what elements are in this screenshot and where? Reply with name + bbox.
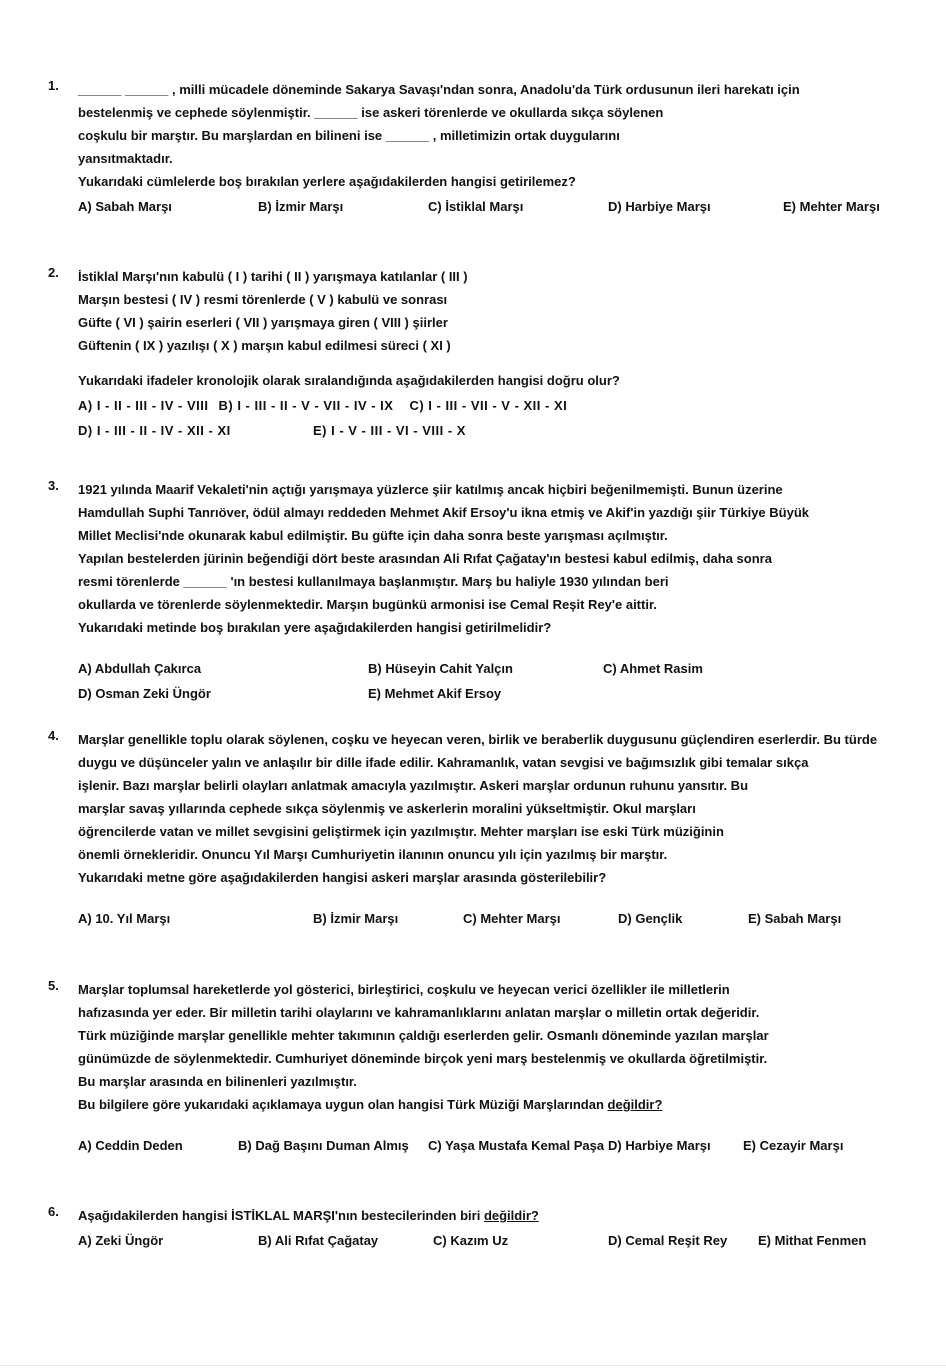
question-number: 3. [48,478,72,493]
option-c[interactable]: C) Kazım Uz [433,1229,608,1252]
option-c[interactable]: C) I - III - VII - V - XII - XI [409,394,567,417]
question-number: 2. [48,265,72,280]
question-stem: Yukarıdaki metne göre aşağıdakilerden ha… [78,866,918,889]
question-text-line: marşlar savaş yıllarında cephede sıkça s… [78,797,918,820]
option-a[interactable]: A) Zeki Üngör [78,1229,258,1252]
question-text-line: resmi törenlerde ______ 'ın bestesi kull… [78,570,918,593]
option-d[interactable]: D) Harbiye Marşı [608,195,783,218]
question-text-line: okullarda ve törenlerde söylenmektedir. … [78,593,918,616]
question-text-line: Güftenin ( IX ) yazılışı ( X ) marşın ka… [78,334,918,357]
option-b[interactable]: B) İzmir Marşı [258,195,428,218]
page-edge-divider [0,1365,946,1366]
question-text-line: Hamdullah Suphi Tanrıöver, ödül almayı r… [78,501,918,524]
question-4: 4. Marşlar genellikle toplu olarak söyle… [48,728,918,930]
question-stem: Yukarıdaki metinde boş bırakılan yere aş… [78,616,918,639]
question-text-line: Marşlar toplumsal hareketlerde yol göste… [78,978,918,1001]
question-stem-text: Aşağıdakilerden hangisi İSTİKLAL MARŞI'n… [78,1208,484,1223]
question-text-line: işlenir. Bazı marşlar belirli olayları a… [78,774,918,797]
question-text-line: ______ ______ , milli mücadele döneminde… [78,78,918,101]
options: A) 10. Yıl Marşı B) İzmir Marşı C) Mehte… [78,907,918,930]
question-text-line: günümüzde de söylenmektedir. Cumhuriyet … [78,1047,918,1070]
options: A) Ceddin Deden B) Dağ Başını Duman Almı… [78,1134,918,1157]
question-number: 1. [48,78,72,93]
question-text-line: Yapılan bestelerden jürinin beğendiği dö… [78,547,918,570]
question-stem: Bu bilgilere göre yukarıdaki açıklamaya … [78,1093,918,1116]
question-number: 6. [48,1204,72,1219]
question-text-line: Güfte ( VI ) şairin eserleri ( VII ) yar… [78,311,918,334]
option-a[interactable]: A) 10. Yıl Marşı [78,907,313,930]
option-b[interactable]: B) Dağ Başını Duman Almış [238,1134,428,1157]
options: D) I - III - II - IV - XII - XI E) I - V… [78,419,918,442]
question-stem-emphasis: değildir? [608,1097,663,1112]
option-e[interactable]: E) Sabah Marşı [748,907,841,930]
option-b[interactable]: B) Ali Rıfat Çağatay [258,1229,433,1252]
question-text-line: 1921 yılında Maarif Vekaleti'nin açtığı … [78,478,918,501]
question-text-line: hafızasında yer eder. Bir milletin tarih… [78,1001,918,1024]
question-5: 5. Marşlar toplumsal hareketlerde yol gö… [48,978,918,1157]
option-e[interactable]: E) I - V - III - VI - VIII - X [313,419,466,442]
question-text-line: bestelenmiş ve cephede söylenmiştir. ___… [78,101,918,124]
option-a[interactable]: A) Sabah Marşı [78,195,258,218]
question-1: 1. ______ ______ , milli mücadele dönemi… [48,78,918,218]
question-stem-text: Bu bilgilere göre yukarıdaki açıklamaya … [78,1097,608,1112]
question-stem: Aşağıdakilerden hangisi İSTİKLAL MARŞI'n… [78,1204,918,1227]
options: A) I - II - III - IV - VIII B) I - III -… [78,394,918,417]
question-2: 2. İstiklal Marşı'nın kabulü ( I ) tarih… [48,265,918,442]
question-6: 6. Aşağıdakilerden hangisi İSTİKLAL MARŞ… [48,1204,918,1252]
options: A) Zeki Üngör B) Ali Rıfat Çağatay C) Ka… [78,1229,918,1252]
question-text-line: Marşlar genellikle toplu olarak söylenen… [78,728,918,751]
question-text-line: İstiklal Marşı'nın kabulü ( I ) tarihi (… [78,265,918,288]
question-text-line: öğrencilerde vatan ve millet sevgisini g… [78,820,918,843]
option-d[interactable]: D) Cemal Reşit Rey [608,1229,758,1252]
question-text-line: yansıtmaktadır. [78,147,918,170]
options: D) Osman Zeki Üngör E) Mehmet Akif Ersoy [78,682,918,705]
option-c[interactable]: C) Mehter Marşı [463,907,618,930]
option-a[interactable]: A) Abdullah Çakırca [78,657,368,680]
option-d[interactable]: D) I - III - II - IV - XII - XI [78,419,313,442]
question-stem: Yukarıdaki cümlelerde boş bırakılan yerl… [78,170,918,193]
question-stem: Yukarıdaki ifadeler kronolojik olarak sı… [78,369,918,392]
option-e[interactable]: E) Mehter Marşı [783,195,880,218]
option-a[interactable]: A) Ceddin Deden [78,1134,238,1157]
option-c[interactable]: C) Ahmet Rasim [603,657,703,680]
option-e[interactable]: E) Mehmet Akif Ersoy [368,682,501,705]
option-b[interactable]: B) I - III - II - V - VII - IV - IX [219,394,394,417]
question-text-line: önemli örnekleridir. Onuncu Yıl Marşı Cu… [78,843,918,866]
option-b[interactable]: B) Hüseyin Cahit Yalçın [368,657,603,680]
option-d[interactable]: D) Osman Zeki Üngör [78,682,368,705]
question-stem-emphasis: değildir? [484,1208,539,1223]
option-e[interactable]: E) Cezayir Marşı [743,1134,843,1157]
option-c[interactable]: C) Yaşa Mustafa Kemal Paşa [428,1134,608,1157]
option-b[interactable]: B) İzmir Marşı [313,907,463,930]
option-e[interactable]: E) Mithat Fenmen [758,1229,866,1252]
question-text-line: duygu ve düşünceler yalın ve anlaşılır b… [78,751,918,774]
question-number: 5. [48,978,72,993]
question-number: 4. [48,728,72,743]
option-c[interactable]: C) İstiklal Marşı [428,195,608,218]
options: A) Abdullah Çakırca B) Hüseyin Cahit Yal… [78,657,918,680]
option-d[interactable]: D) Gençlik [618,907,748,930]
option-a[interactable]: A) I - II - III - IV - VIII [78,394,209,417]
question-text-line: Marşın bestesi ( IV ) resmi törenlerde (… [78,288,918,311]
question-3: 3. 1921 yılında Maarif Vekaleti'nin açtı… [48,478,918,705]
question-text-line: Türk müziğinde marşlar genellikle mehter… [78,1024,918,1047]
question-text-line: Millet Meclisi'nde okunarak kabul edilmi… [78,524,918,547]
question-text-line: coşkulu bir marştır. Bu marşlardan en bi… [78,124,918,147]
options: A) Sabah Marşı B) İzmir Marşı C) İstikla… [78,195,918,218]
question-text-line: Bu marşlar arasında en bilinenleri yazıl… [78,1070,918,1093]
option-d[interactable]: D) Harbiye Marşı [608,1134,743,1157]
